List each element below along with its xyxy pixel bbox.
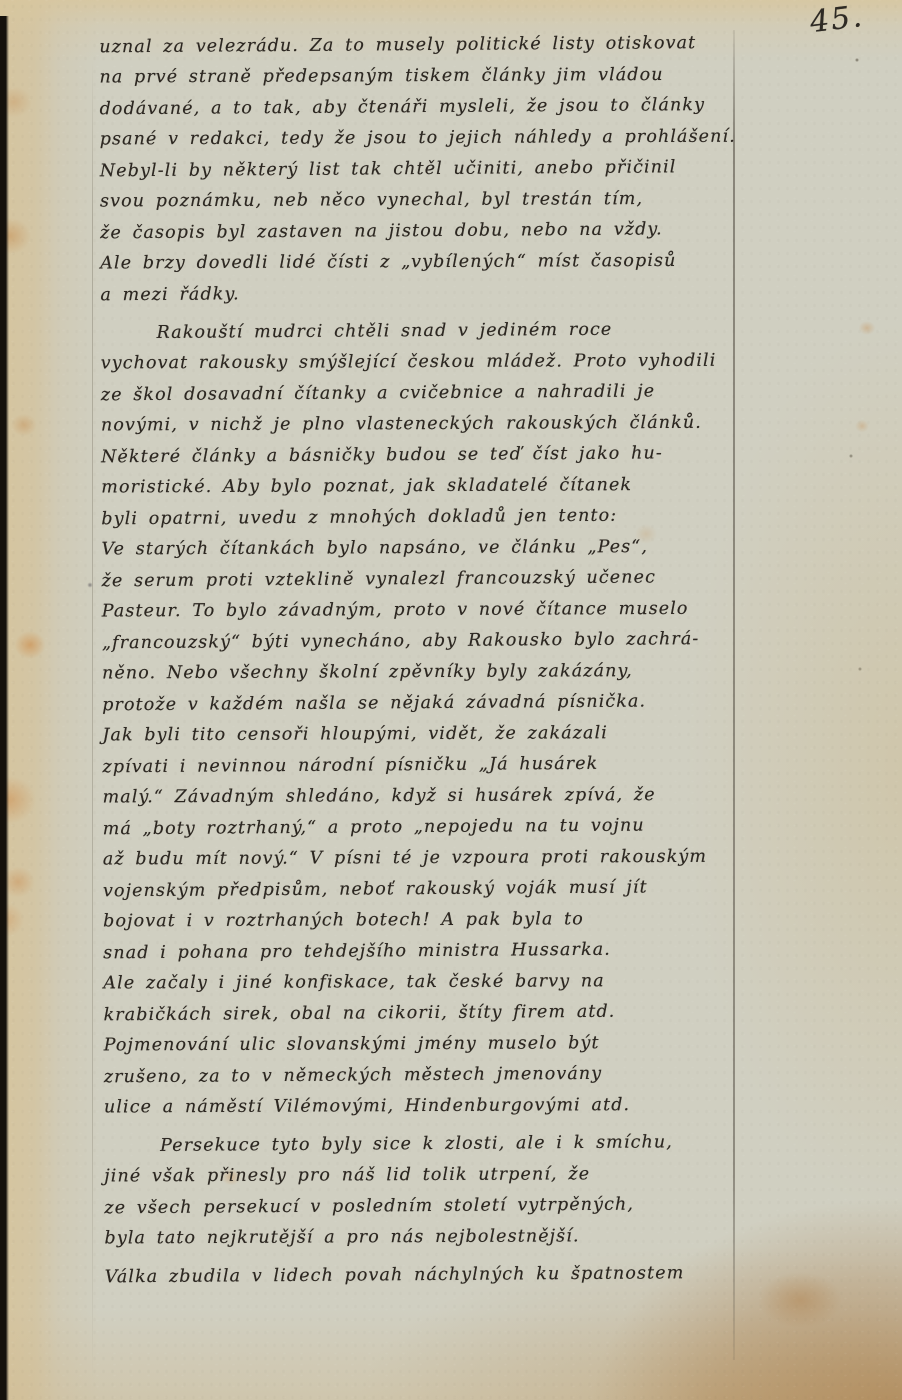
manuscript-line: snad i pohana pro tehdejšího ministra Hu…: [103, 934, 763, 970]
manuscript-line: zrušeno, za to v německých městech jmeno…: [104, 1058, 764, 1094]
manuscript-line: že serum proti vzteklině vynalezl franco…: [102, 562, 762, 598]
manuscript-page: 45. uznal za velezrádu. Za to musely pol…: [0, 0, 902, 1400]
manuscript-line: ze škol dosavadní čítanky a cvičebnice a…: [101, 376, 761, 412]
text-block: uznal za velezrádu. Za to musely politic…: [99, 29, 764, 1293]
manuscript-line: Rakouští mudrci chtěli snad v jediném ro…: [100, 314, 760, 350]
manuscript-line: byla tato nejkrutější a pro nás nejboles…: [104, 1221, 764, 1255]
manuscript-line: dodávané, a to tak, aby čtenáři mysleli,…: [99, 90, 759, 126]
manuscript-line: krabičkách sirek, obal na cikorii, štíty…: [103, 996, 763, 1032]
manuscript-line: až budu mít nový.“ V písni té je vzpoura…: [103, 842, 763, 876]
manuscript-line: Ale brzy dovedli lidé čísti z „vybílenýc…: [100, 246, 760, 280]
paragraph: Rakouští mudrci chtěli snad v jediném ro…: [100, 315, 764, 1124]
scan-edge: [0, 16, 9, 1400]
manuscript-line: Pasteur. To bylo závadným, proto v nové …: [102, 594, 762, 628]
manuscript-line: Jak byli tito censoři hloupými, vidět, ž…: [102, 718, 762, 752]
manuscript-line: něno. Nebo všechny školní zpěvníky byly …: [102, 656, 762, 690]
manuscript-line: novými, v nichž je plno vlasteneckých ra…: [101, 408, 761, 442]
manuscript-line: vojenským předpisům, neboť rakouský vojá…: [103, 872, 763, 908]
manuscript-line: ze všech persekucí v posledním století v…: [104, 1189, 764, 1225]
manuscript-line: Některé články a básničky budou se teď č…: [101, 438, 761, 474]
manuscript-line: uznal za velezrádu. Za to musely politic…: [99, 28, 759, 64]
manuscript-line: byli opatrni, uvedu z mnohých dokladů je…: [101, 500, 761, 536]
manuscript-line: „francouzský“ býti vynecháno, aby Rakous…: [102, 624, 762, 660]
manuscript-line: ulice a náměstí Vilémovými, Hindenburgov…: [104, 1090, 764, 1124]
manuscript-line: jiné však přinesly pro náš lid tolik utr…: [104, 1159, 764, 1193]
manuscript-line: vychovat rakousky smýšlející českou mlád…: [101, 346, 761, 380]
manuscript-line: Persekuce tyto byly sice k zlosti, ale i…: [104, 1127, 764, 1163]
manuscript-line: na prvé straně předepsaným tiskem články…: [99, 60, 759, 94]
manuscript-line: Ale začaly i jiné konfiskace, tak české …: [103, 966, 763, 1000]
manuscript-line: má „boty roztrhaný,“ a proto „nepojedu n…: [103, 810, 763, 846]
manuscript-line: Válka zbudila v lidech povah náchylných …: [105, 1258, 765, 1294]
manuscript-line: moristické. Aby bylo poznat, jak skladat…: [101, 470, 761, 504]
manuscript-line: že časopis byl zastaven na jistou dobu, …: [100, 214, 760, 250]
page-number: 45.: [808, 0, 866, 40]
manuscript-line: bojovat i v roztrhaných botech! A pak by…: [103, 904, 763, 938]
fold-line: [92, 60, 93, 1380]
paragraph: Válka zbudila v lidech povah náchylných …: [105, 1259, 765, 1293]
manuscript-line: psané v redakci, tedy že jsou to jejich …: [100, 122, 760, 156]
paragraph: Persekuce tyto byly sice k zlosti, ale i…: [104, 1128, 765, 1255]
manuscript-line: svou poznámku, neb něco vynechal, byl tr…: [100, 184, 760, 218]
manuscript-line: Nebyl-li by některý list tak chtěl učini…: [100, 152, 760, 188]
manuscript-line: a mezi řádky.: [100, 276, 760, 312]
manuscript-line: Ve starých čítankách bylo napsáno, ve čl…: [101, 532, 761, 566]
manuscript-line: zpívati i nevinnou národní písničku „Já …: [102, 748, 762, 784]
paragraph: uznal za velezrádu. Za to musely politic…: [99, 29, 760, 311]
manuscript-line: Pojmenování ulic slovanskými jmény musel…: [104, 1028, 764, 1062]
manuscript-line: malý.“ Závadným shledáno, když si husáre…: [103, 780, 763, 814]
manuscript-line: protože v každém našla se nějaká závadná…: [102, 686, 762, 722]
